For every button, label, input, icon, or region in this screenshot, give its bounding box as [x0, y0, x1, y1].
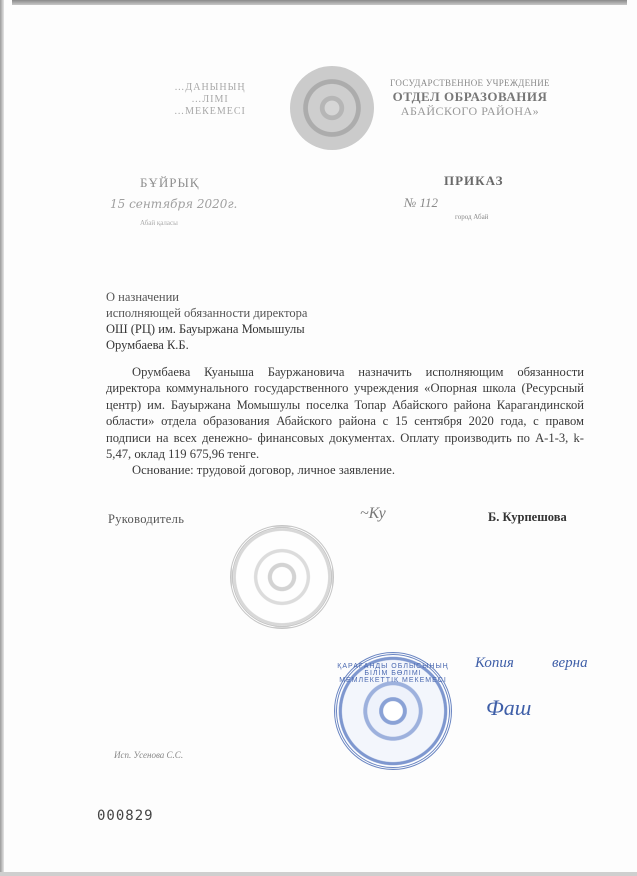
- seal-text: ҚАРАҒАНДЫ ОБЛЫСЫНЫҢ БІЛІМ БӨЛІМІ МЕМЛЕКЕ…: [337, 663, 449, 684]
- letterhead-kz-line1: …ДАНЫНЫҢ: [140, 82, 280, 94]
- letterhead-ru: ГОСУДАРСТВЕННОЕ УЧРЕЖДЕНИЕ ОТДЕЛ ОБРАЗОВ…: [370, 76, 570, 118]
- subject-line-2: исполняющей обязанности директора: [106, 305, 307, 321]
- scan-edge-top: [12, 0, 627, 5]
- letterhead-ru-line1: ГОСУДАРСТВЕННОЕ УЧРЕЖДЕНИЕ: [370, 76, 570, 90]
- scan-edge-left: [0, 0, 4, 876]
- subject-line-1: О назначении: [106, 289, 307, 305]
- order-date-handwritten: 15 сентября 2020г.: [110, 197, 237, 211]
- official-seal-gray-icon: [230, 525, 334, 629]
- certification-signature: Фаш: [486, 695, 531, 721]
- scan-edge-bottom: [0, 872, 637, 876]
- letterhead-kz-line3: …МЕКЕМЕСІ: [140, 106, 280, 118]
- executor-note: Исп. Усенова С.С.: [114, 750, 183, 760]
- letterhead-ru-line2: ОТДЕЛ ОБРАЗОВАНИЯ: [370, 90, 570, 104]
- handwritten-signature: ~Ку: [360, 505, 386, 523]
- order-number-handwritten: № 112: [404, 195, 438, 211]
- order-body: Орумбаева Куаныша Бауржановича назначить…: [106, 364, 584, 479]
- order-date-caption: Абай қаласы: [140, 219, 178, 227]
- kazakhstan-emblem-icon: [290, 66, 374, 150]
- signatory-role: Руководитель: [108, 512, 184, 527]
- letterhead-kz: …ДАНЫНЫҢ …ЛІМІ …МЕКЕМЕСІ: [140, 82, 280, 118]
- official-seal-blue-icon: ҚАРАҒАНДЫ ОБЛЫСЫНЫҢ БІЛІМ БӨЛІМІ МЕМЛЕКЕ…: [334, 652, 452, 770]
- subject-line-4: Орумбаева К.Б.: [106, 337, 307, 353]
- order-city: город Абай: [455, 213, 488, 221]
- letterhead-ru-line3: АБАЙСКОГО РАЙОНА»: [370, 104, 570, 118]
- letterhead-kz-line2: …ЛІМІ: [140, 94, 280, 106]
- order-subject: О назначении исполняющей обязанности дир…: [106, 289, 307, 353]
- document-title-ru: ПРИКАЗ: [444, 173, 504, 189]
- certification-word-true: верна: [552, 655, 588, 672]
- subject-line-3: ОШ (РЦ) им. Бауыржана Момышулы: [106, 321, 307, 337]
- body-paragraph-basis: Основание: трудовой договор, личное заяв…: [106, 462, 584, 478]
- body-paragraph-appointment: Орумбаева Куаныша Бауржановича назначить…: [106, 364, 584, 462]
- signatory-name: Б. Курпешова: [488, 510, 567, 525]
- serial-number: 000829: [97, 808, 154, 824]
- document-title-kz: БҰЙРЫҚ: [140, 175, 199, 191]
- certification-word-copy: Копия: [475, 655, 514, 672]
